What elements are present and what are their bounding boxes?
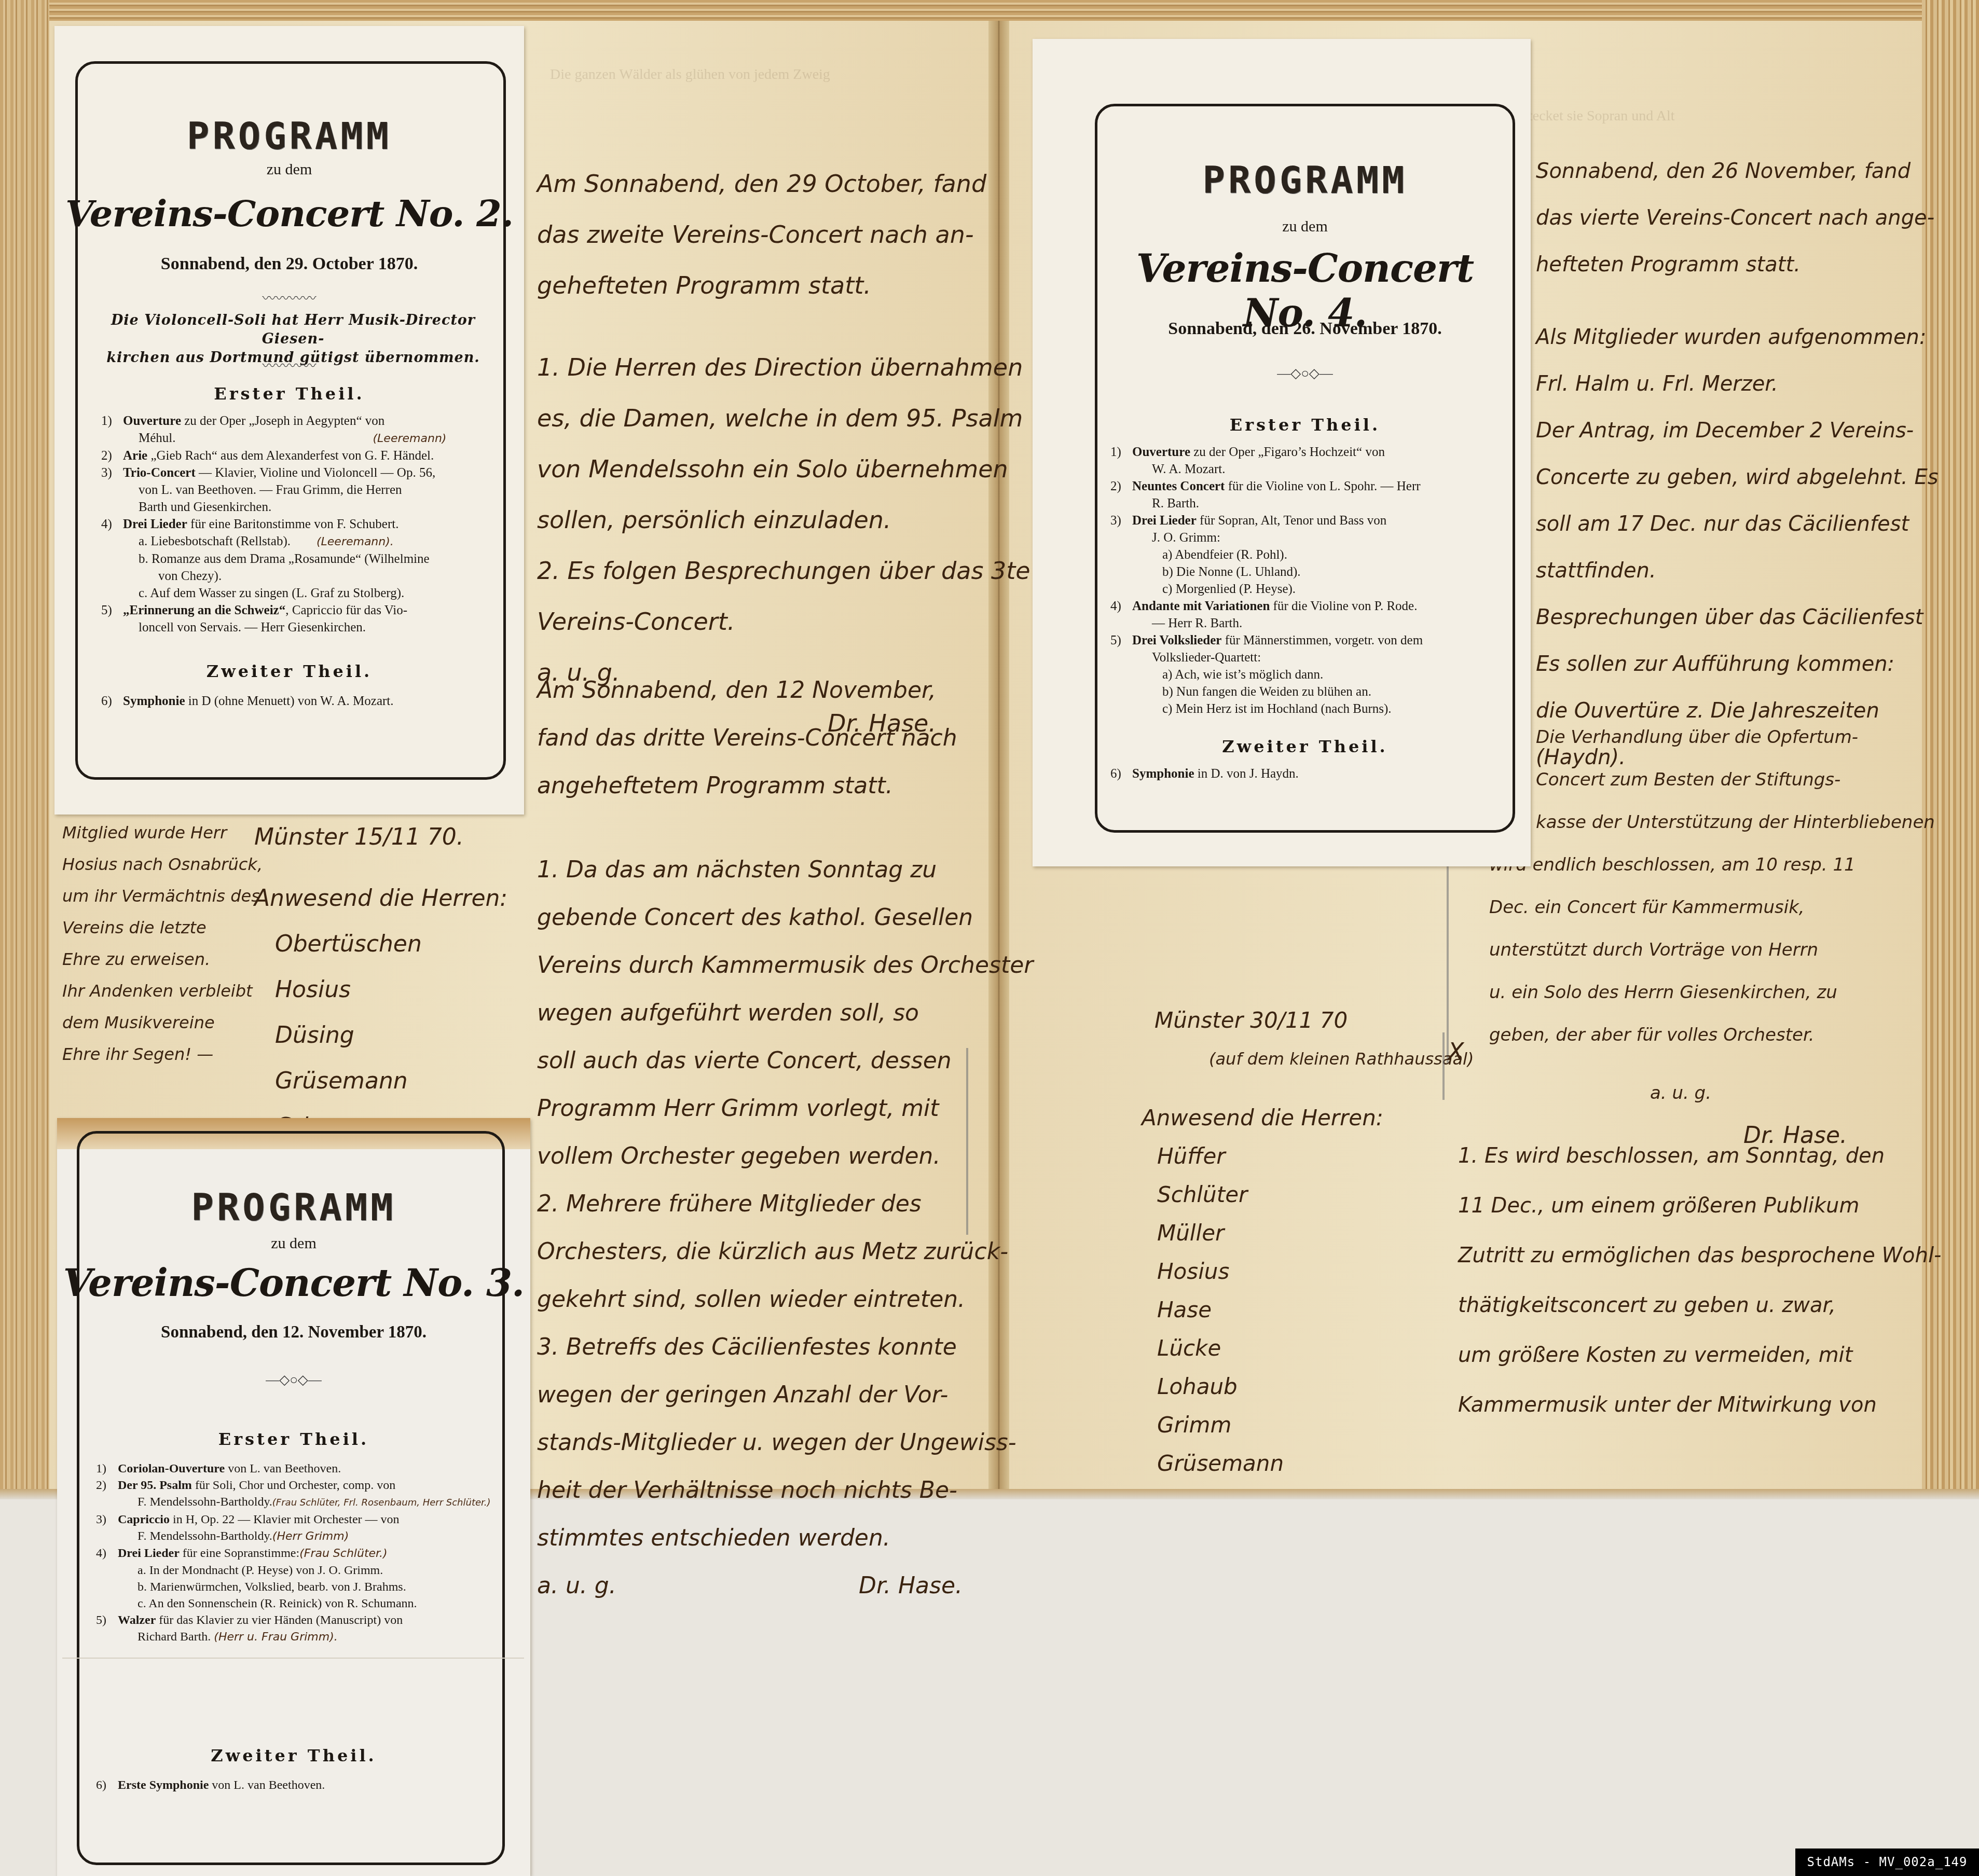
ornament-divider: —◇○◇—	[57, 1372, 530, 1388]
minutes-line: stattfinden.	[1536, 547, 1939, 594]
margin-note-line: Ehre ihr Segen! —	[62, 1039, 263, 1070]
minutes-line: Vereins durch Kammermusik des Orchester	[537, 942, 1033, 989]
minutes-line: unterstützt durch Vorträge von Herrn	[1453, 929, 1935, 971]
part-heading: Zweiter Theil.	[54, 661, 524, 681]
attendee-name: Hase	[1142, 1291, 1474, 1329]
minutes-line: 1. Die Herren des Direction übernahmen	[537, 342, 1030, 393]
minutes-line: 2. Es folgen Besprechungen über das 3te	[537, 545, 1030, 596]
program-subitem: c) Mein Herz ist im Hochland (nach Burns…	[1110, 700, 1505, 718]
minutes-line: soll am 17 Dec. nur das Cäcilienfest	[1536, 501, 1939, 547]
minutes-line: Am Sonnabend, den 12 November,	[537, 667, 1033, 714]
minutes-line: Programm Herr Grimm vorlegt, mit	[537, 1085, 1033, 1133]
handwritten-annotation: (Herr u. Frau Grimm).	[214, 1631, 337, 1644]
minutes-line: geben, der aber für volles Orchester.	[1453, 1014, 1935, 1056]
minutes-line: Zutritt zu ermöglichen das besprochene W…	[1458, 1231, 1941, 1280]
minutes-line: Orchesters, die kürzlich aus Metz zurück…	[537, 1228, 1033, 1276]
part-heading: Zweiter Theil.	[1095, 737, 1515, 756]
minutes-line: 11 Dec., um einem größeren Publikum	[1458, 1181, 1941, 1231]
program-subitem: b. Marienwürmchen, Volkslied, bearb. von…	[96, 1579, 506, 1595]
minutes-line: das zweite Vereins-Concert nach an-	[537, 209, 1030, 260]
minutes-line: Concerte zu geben, wird abgelehnt. Es	[1536, 454, 1939, 501]
program-item: 2)Der 95. Psalm für Soli, Chor und Orche…	[96, 1477, 506, 1494]
minutes-line: angeheftetem Programm statt.	[537, 762, 1033, 810]
minutes-oct-29: Am Sonnabend, den 29 October, fand das z…	[537, 158, 1030, 749]
part-heading: Erster Theil.	[1095, 415, 1515, 435]
program-item: 4)Andante mit Variationen für die Violin…	[1110, 598, 1505, 615]
attendance-heading: Anwesend die Herren:	[254, 876, 507, 921]
minutes-line: hefteten Programm statt.	[1536, 241, 1939, 288]
minutes-resolution: 1. Es wird beschlossen, am Sonntag, den …	[1458, 1131, 1941, 1430]
minutes-line: Frl. Halm u. Frl. Merzer.	[1536, 361, 1939, 407]
attendee-name: Grimm	[1142, 1406, 1474, 1444]
attendee-name: Grüsemann	[1142, 1444, 1474, 1483]
ornament-divider: 〰〰〰〰	[54, 355, 524, 375]
program-subheading: zu dem	[57, 1235, 530, 1252]
program-item: 4)Drei Lieder für eine Baritonstimme von…	[101, 516, 496, 533]
program-item-continued: F. Mendelssohn-Bartholdy.(Frau Schlüter,…	[96, 1494, 506, 1511]
minutes-line: wegen der geringen Anzahl der Vor-	[537, 1371, 1033, 1419]
program-slip-concert-4: PROGRAMM zu dem Vereins-Concert No. 4. S…	[1033, 39, 1531, 866]
minutes-line: stimmtes entschieden werden.	[537, 1514, 1033, 1562]
attendee-name: Düsing	[254, 1013, 507, 1058]
place-date: Münster 30/11 70	[1142, 1001, 1474, 1040]
program-subheading: zu dem	[1095, 218, 1515, 236]
pencil-margin-mark	[966, 1048, 968, 1235]
program-item: 2)Arie „Gieb Rach“ aus dem Alexanderfest…	[101, 447, 496, 464]
program-heading: PROGRAMM	[57, 1185, 530, 1229]
margin-note-line: Vereins die letzte	[62, 912, 263, 944]
attendee-name: Hüffer	[1142, 1137, 1474, 1176]
minutes-line: 1. Da das am nächsten Sonntag zu	[537, 846, 1033, 894]
minutes-line: Dec. ein Concert für Kammermusik,	[1453, 886, 1935, 929]
program-item: 1)Ouverture zu der Oper „Joseph in Aegyp…	[101, 412, 496, 430]
x-mark: X	[1448, 1038, 1464, 1066]
book-top-edge	[0, 0, 1979, 21]
minutes-line: das vierte Vereins-Concert nach ange-	[1536, 195, 1939, 241]
program-subitem: b) Die Nonne (L. Uhland).	[1110, 563, 1505, 581]
minutes-line: Kammermusik unter der Mitwirkung von	[1458, 1380, 1941, 1430]
program-subitem: b) Nun fangen die Weiden zu blühen an.	[1110, 683, 1505, 700]
program-subheading: zu dem	[54, 161, 524, 178]
handwritten-annotation: (Frau Schlüter, Frl. Rosenbaum, Herr Sch…	[272, 1497, 491, 1508]
ornament-divider: —◇○◇—	[1095, 366, 1515, 381]
program-item-continued: J. O. Grimm:	[1110, 529, 1505, 546]
minutes-line: Es sollen zur Aufführung kommen:	[1536, 641, 1939, 687]
program-subitem: a. In der Mondnacht (P. Heyse) von J. O.…	[96, 1562, 506, 1579]
minutes-line: Sonnabend, den 26 November, fand	[1536, 148, 1939, 195]
program-item-continued: R. Barth.	[1110, 495, 1505, 512]
concert-title: Vereins-Concert No. 2.	[54, 192, 524, 235]
program-item: 4)Drei Lieder für eine Sopranstimme:(Fra…	[96, 1545, 506, 1562]
minutes-line: 2. Mehrere frühere Mitglieder des	[537, 1180, 1033, 1228]
margin-note-line: Hosius nach Osnabrück,	[62, 849, 263, 880]
archive-id-label: StdAMs - MV_002a_149	[1795, 1849, 1979, 1876]
attendance-nov-15: Münster 15/11 70. Anwesend die Herren: O…	[254, 815, 507, 1150]
minutes-line: Vereins-Concert.	[537, 596, 1030, 647]
program-item: 5)Walzer für das Klavier zu vier Händen …	[96, 1612, 506, 1629]
program-item: 6)Symphonie in D (ohne Menuett) von W. A…	[101, 693, 496, 710]
place-date: Münster 15/11 70.	[254, 815, 507, 860]
concert-title: Vereins-Concert No. 3.	[57, 1261, 530, 1305]
program-items: 1)Ouverture zu der Oper „Joseph in Aegyp…	[101, 412, 496, 636]
minutes-line: gekehrt sind, sollen wieder eintreten.	[537, 1276, 1033, 1323]
attendee-name: Hosius	[1142, 1252, 1474, 1291]
ornament-divider: 〰〰〰〰	[54, 288, 524, 307]
minutes-line: thätigkeitsconcert zu geben u. zwar,	[1458, 1280, 1941, 1330]
program-item: 5)„Erinnerung an die Schweiz“, Capriccio…	[101, 602, 496, 619]
program-heading: PROGRAMM	[54, 114, 524, 158]
program-item-continued: Volkslieder-Quartett:	[1110, 649, 1505, 666]
handwritten-annotation: (Herr Grimm)	[272, 1530, 349, 1543]
margin-note-line: dem Musikvereine	[62, 1007, 263, 1039]
minutes-line: Besprechungen über das Cäcilienfest	[1536, 594, 1939, 641]
program-subitem: c. Auf dem Wasser zu singen (L. Graf zu …	[101, 585, 496, 602]
margin-note-line: um ihr Vermächtnis des	[62, 880, 263, 912]
program-item: 1)Coriolan-Ouverture von L. van Beethove…	[96, 1460, 506, 1477]
program-item-continued: Méhul.(Leeremann)	[101, 430, 496, 447]
program-item-continued: W. A. Mozart.	[1110, 461, 1505, 478]
concert-date: Sonnabend, den 26. November 1870.	[1095, 319, 1515, 339]
slip-fold-line	[62, 1658, 524, 1659]
attendee-name: Grüsemann	[254, 1058, 507, 1104]
minutes-nov-12: Am Sonnabend, den 12 November, fand das …	[537, 667, 1033, 1610]
minutes-line: gebende Concert des kathol. Gesellen	[537, 894, 1033, 942]
part-heading: Erster Theil.	[57, 1429, 530, 1449]
attendee-name: Hosius	[254, 967, 507, 1013]
program-subitem: a) Ach, wie ist’s möglich dann.	[1110, 666, 1505, 683]
concert-date: Sonnabend, den 12. November 1870.	[57, 1323, 530, 1342]
program-item: 3)Drei Lieder für Sopran, Alt, Tenor und…	[1110, 512, 1505, 529]
program-subitem: c. An den Sonnenschein (R. Reinick) von …	[96, 1595, 506, 1612]
program-item-continued: F. Mendelssohn-Bartholdy.(Herr Grimm)	[96, 1528, 506, 1545]
attendee-name: Müller	[1142, 1214, 1474, 1252]
program-subitem: b. Romanze aus dem Drama „Rosamunde“ (Wi…	[101, 550, 496, 568]
minutes-line: von Mendelssohn ein Solo übernehmen	[537, 444, 1030, 494]
program-item: 6)Symphonie in D. von J. Haydn.	[1110, 765, 1505, 782]
part-heading: Erster Theil.	[54, 384, 524, 404]
attendee-name: Lücke	[1142, 1329, 1474, 1368]
program-subitem: c) Morgenlied (P. Heyse).	[1110, 581, 1505, 598]
show-through-text: Die ganzen Wälder als glühen von jedem Z…	[550, 62, 830, 87]
program-item-continued: von L. van Beethoven. — Frau Grimm, die …	[101, 481, 496, 499]
minutes-line: heit der Verhältnisse noch nichts Be-	[537, 1467, 1033, 1514]
minutes-line: es, die Damen, welche in dem 95. Psalm	[537, 393, 1030, 444]
minutes-nov-26: Sonnabend, den 26 November, fand das vie…	[1536, 148, 1939, 781]
attendee-name: Lohaub	[1142, 1368, 1474, 1406]
program-item: 3)Capriccio in H, Op. 22 — Klavier mit O…	[96, 1511, 506, 1528]
minutes-line: soll auch das vierte Concert, dessen	[537, 1037, 1033, 1085]
program-items: 1)Coriolan-Ouverture von L. van Beethove…	[96, 1460, 506, 1646]
location-note: (auf dem kleinen Rathhaussaal)	[1142, 1040, 1474, 1078]
minutes-line: wegen aufgeführt werden soll, so	[537, 989, 1033, 1037]
minutes-line: stands-Mitglieder u. wegen der Ungewiss-	[537, 1419, 1033, 1467]
minutes-line: fand das dritte Vereins-Concert nach	[537, 714, 1033, 762]
program-item: 1)Ouverture zu der Oper „Figaro’s Hochze…	[1110, 444, 1505, 461]
program-item-continued: Richard Barth. (Herr u. Frau Grimm).	[96, 1629, 506, 1646]
book-left-page-edges	[0, 0, 49, 1499]
margin-note-line: Ihr Andenken verbleibt	[62, 975, 263, 1007]
program-item: 5)Drei Volkslieder für Männerstimmen, vo…	[1110, 632, 1505, 649]
program-item-continued: loncell von Servais. — Herr Giesenkirche…	[101, 619, 496, 636]
attendance-nov-30: Münster 30/11 70 (auf dem kleinen Rathha…	[1142, 1001, 1474, 1483]
margin-note: Mitglied wurde Herr Hosius nach Osnabrüc…	[62, 817, 263, 1070]
program-subitem: a) Abendfeier (R. Pohl).	[1110, 546, 1505, 563]
program-heading: PROGRAMM	[1095, 158, 1515, 202]
program-subitem: von Chezy).	[101, 568, 496, 585]
attendee-name: Schlüter	[1142, 1176, 1474, 1214]
program-slip-concert-2: PROGRAMM zu dem Vereins-Concert No. 2. S…	[54, 26, 524, 815]
attendance-heading: Anwesend die Herren:	[1142, 1099, 1474, 1137]
minutes-line: 1. Es wird beschlossen, am Sonntag, den	[1458, 1131, 1941, 1181]
program-slip-concert-3: PROGRAMM zu dem Vereins-Concert No. 3. S…	[57, 1118, 530, 1876]
handwritten-annotation: (Leeremann).	[317, 535, 394, 548]
handwritten-annotation: (Leeremann)	[373, 432, 447, 445]
part-heading: Zweiter Theil.	[57, 1746, 530, 1765]
minutes-line: Am Sonnabend, den 29 October, fand	[537, 158, 1030, 209]
program-subitem: a. Liebesbotschaft (Rellstab).(Leeremann…	[101, 533, 496, 550]
minutes-line: vollem Orchester gegeben werden.	[537, 1133, 1033, 1180]
pencil-bracket-mark	[1442, 1032, 1445, 1100]
minutes-line: um größere Kosten zu vermeiden, mit	[1458, 1330, 1941, 1380]
minutes-line: u. ein Solo des Herrn Giesenkirchen, zu	[1453, 971, 1935, 1014]
attendee-name: Obertüschen	[254, 921, 507, 967]
margin-note-line: Mitglied wurde Herr	[62, 817, 263, 849]
concert-date: Sonnabend, den 29. October 1870.	[54, 254, 524, 274]
minutes-line: sollen, persönlich einzuladen.	[537, 494, 1030, 545]
minutes-line: 3. Betreffs des Cäcilienfestes konnte	[537, 1323, 1033, 1371]
minutes-line: Der Antrag, im December 2 Vereins-	[1536, 407, 1939, 454]
program-item: 6)Erste Symphonie von L. van Beethoven.	[96, 1777, 506, 1794]
minutes-line: gehefteten Programm statt.	[537, 260, 1030, 311]
minutes-line: Als Mitglieder wurden aufgenommen:	[1536, 314, 1939, 361]
handwritten-annotation: (Frau Schlüter.)	[299, 1547, 388, 1560]
program-item: 2)Neuntes Concert für die Violine von L.…	[1110, 478, 1505, 495]
minutes-line: a. u. g.	[1453, 1072, 1935, 1114]
program-item-continued: — Herr R. Barth.	[1110, 615, 1505, 632]
program-item-continued: Barth und Giesenkirchen.	[101, 499, 496, 516]
program-item: 3)Trio-Concert — Klavier, Violine und Vi…	[101, 464, 496, 481]
margin-note-line: Ehre zu erweisen.	[62, 944, 263, 975]
program-items: 1)Ouverture zu der Oper „Figaro’s Hochze…	[1110, 444, 1505, 718]
